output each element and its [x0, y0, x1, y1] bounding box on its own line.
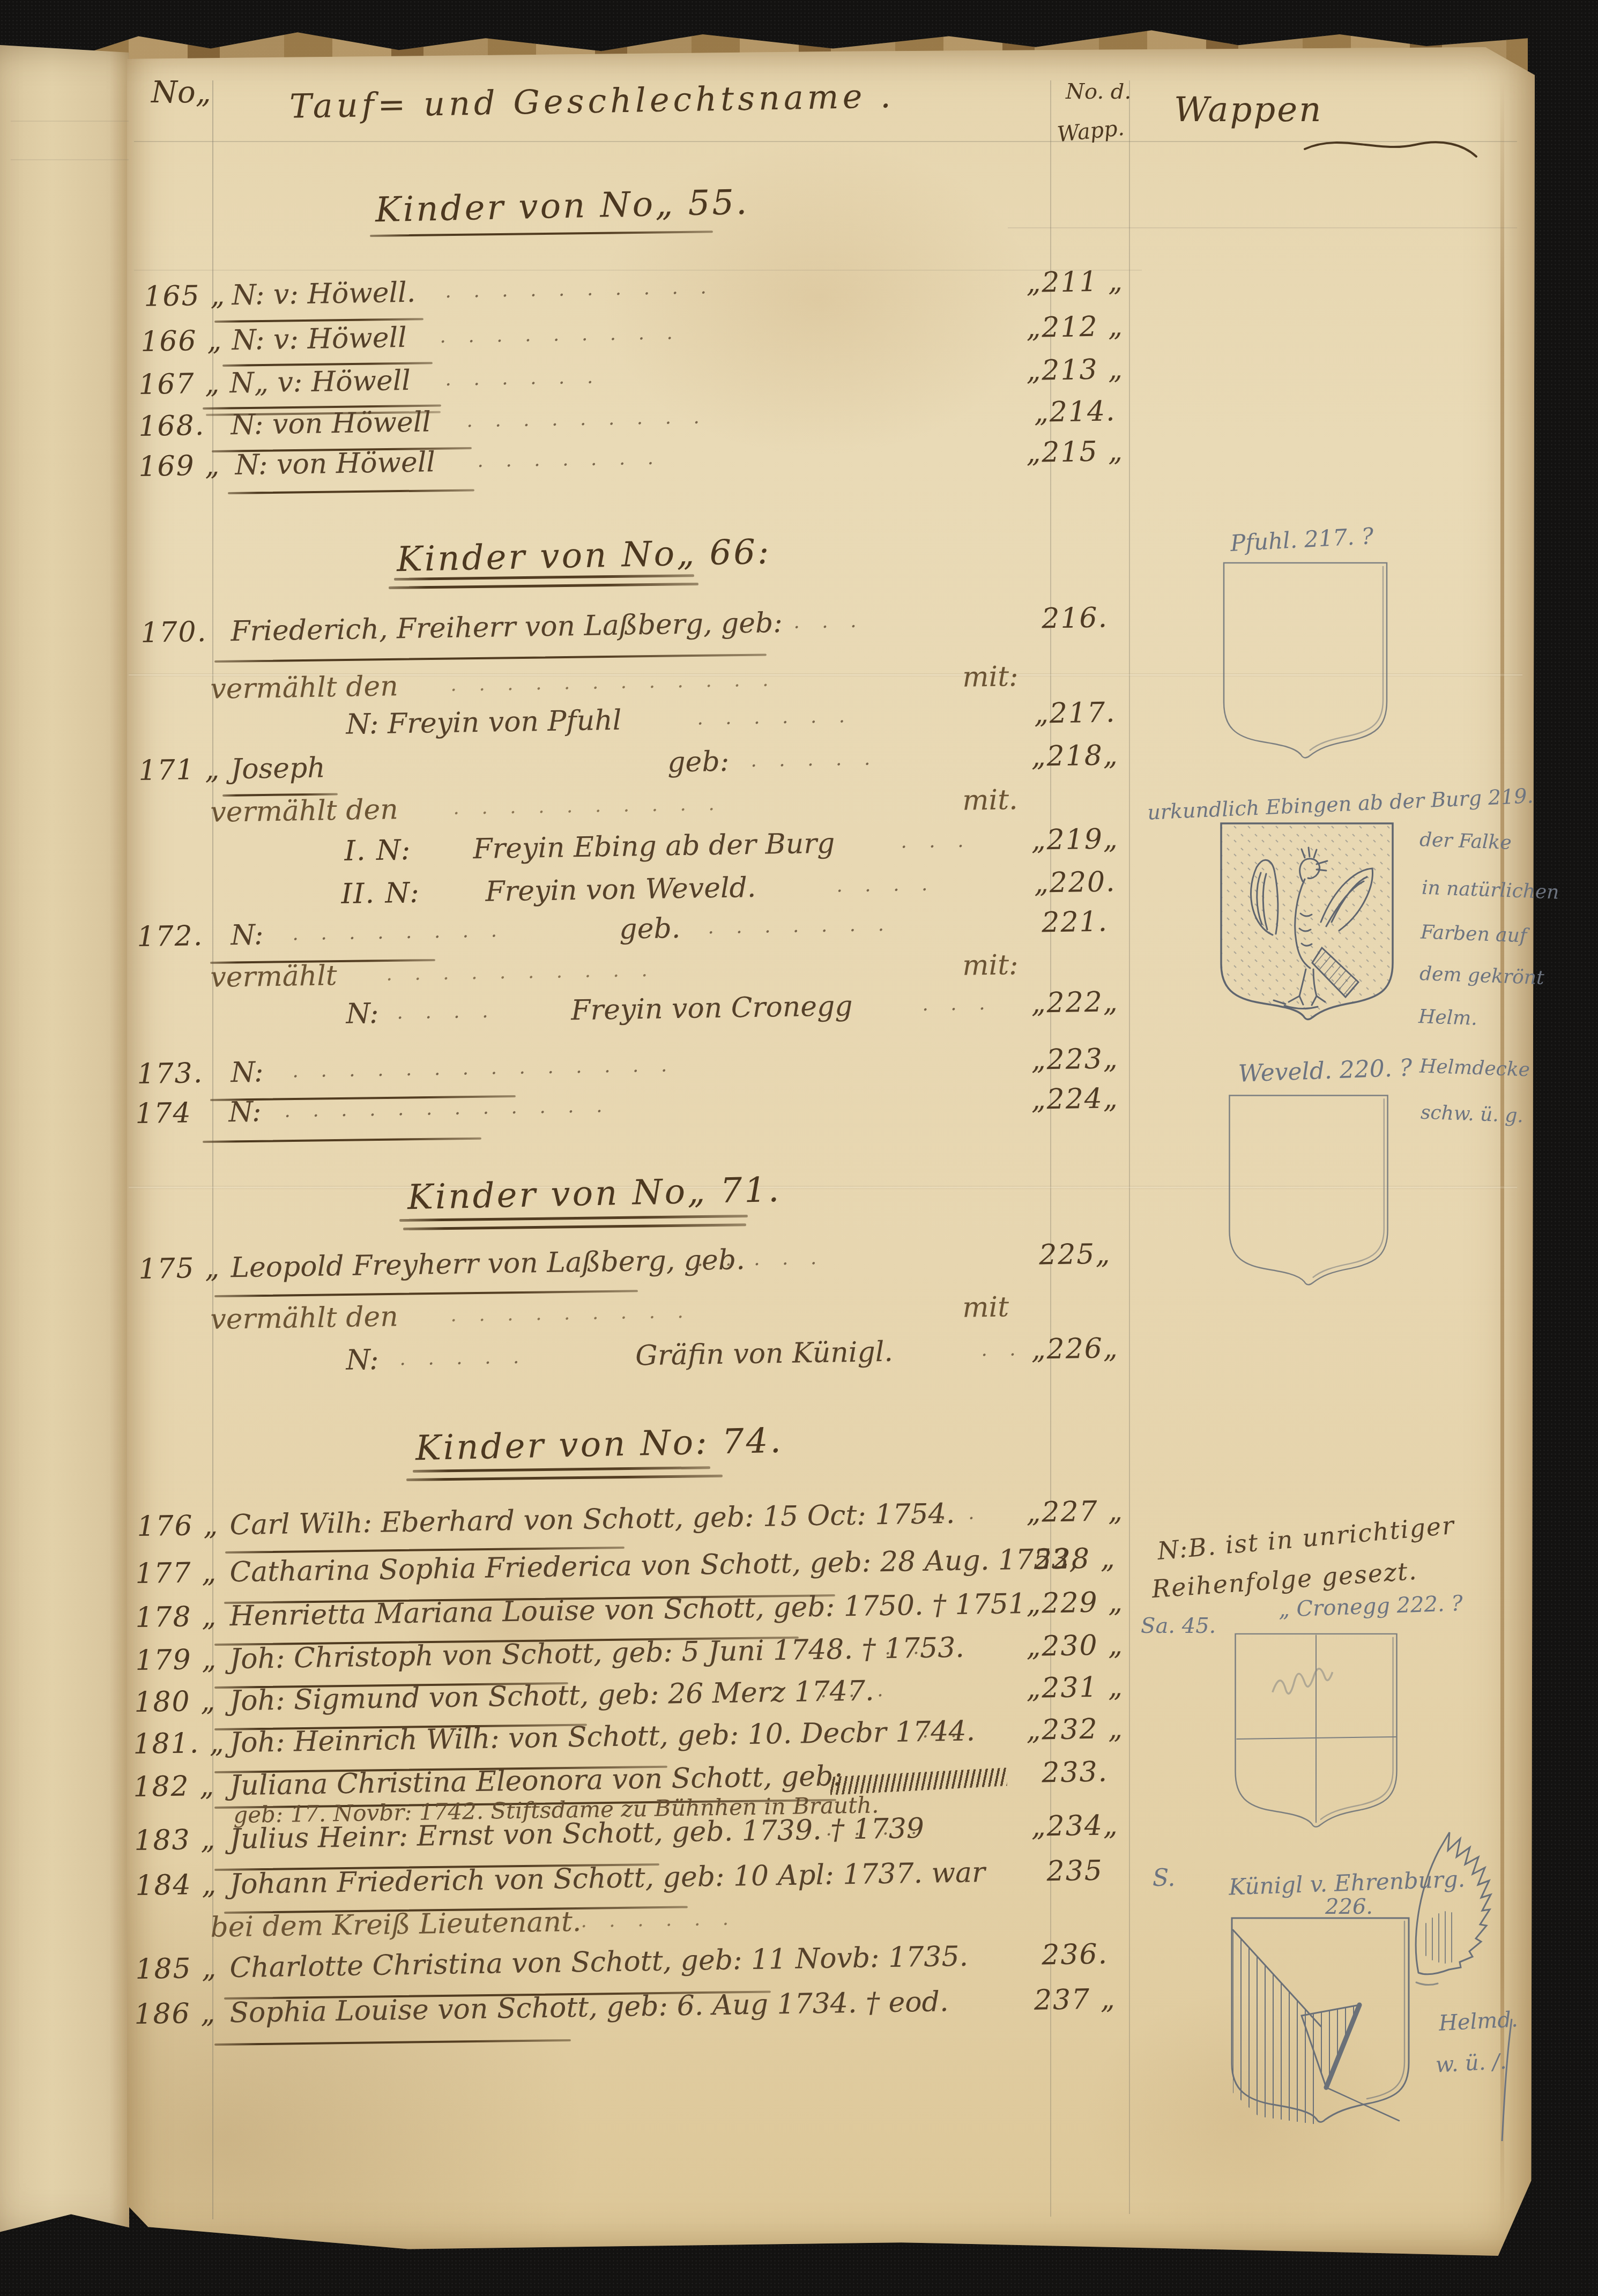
dot-leader: . . . . . . . . . . [445, 276, 715, 302]
dot-leader: . . . . . . . [477, 447, 662, 472]
row-wappen-number: „214. [1008, 395, 1142, 429]
dot-leader: . . . . . . [445, 366, 601, 390]
row-wappen-number: 225„ [1008, 1238, 1142, 1272]
row-wappen-number: „232 „ [1008, 1713, 1142, 1747]
wing-sketch [1400, 1827, 1507, 1993]
row-wappen-number: „217. [1008, 696, 1142, 731]
row-number: 185 „ [135, 1952, 218, 1986]
sa-note: Sa. 45. [1141, 1614, 1216, 1638]
row-number: 177 „ [135, 1557, 218, 1590]
row-name: N: [231, 919, 264, 952]
dot-leader: . . [885, 1637, 927, 1659]
row-wappen-number: 235 [1008, 1854, 1142, 1889]
falcon-note-line: Helmdecke [1419, 1055, 1530, 1081]
row-wappen-number: 237 „ [1008, 1983, 1142, 2017]
row-number: 179 „ [135, 1644, 218, 1677]
row-wappen-number: „223„ [1008, 1043, 1142, 1077]
row-number: 165 „ [144, 279, 226, 313]
dot-leader: . . . . . . . [708, 913, 892, 938]
mit-label: mit: [962, 949, 1019, 982]
row-number: 182 „ [133, 1770, 215, 1803]
dot-leader: . . . [901, 830, 972, 853]
row-number: 176 „ [137, 1510, 219, 1543]
weveld-shield-sketch [1220, 1086, 1398, 1302]
dot-leader: . . . [922, 992, 993, 1015]
falcon-note-line: der Falke [1419, 830, 1512, 853]
dot-leader: . . . . . [750, 747, 879, 771]
row-name: N: von Höwell [235, 446, 436, 481]
row-name: N: v: Höwell. [232, 277, 416, 311]
header-rule-2 [1008, 227, 1517, 228]
row-wappen-number: 221. [1008, 905, 1142, 940]
row-ordinal: II. N: [341, 877, 420, 910]
dot-leader: . . . . . [399, 1346, 527, 1370]
spouse-name: Gräfin von Künigl. [635, 1336, 893, 1372]
marriage-label: vermählt den [210, 1301, 398, 1335]
row-wappen-number: „220. [1008, 866, 1142, 900]
row-name: N: v: Höwell [232, 322, 407, 356]
row-wappen-number: 228 „ [1008, 1542, 1142, 1577]
row-number: 183 „ [134, 1824, 217, 1857]
falcon-note-line: Farben auf [1420, 922, 1527, 947]
left-leaf-rule-1 [11, 121, 129, 122]
row-number: 173. [137, 1057, 204, 1090]
left-leaf-rule-2 [11, 159, 129, 160]
row-name: N: Freyin von Pfuhl [346, 704, 622, 741]
marriage-label: vermählt den [210, 793, 398, 828]
section-heading-71: Kinder von No„ 71. [407, 1170, 782, 1218]
row-wappen-number: „227 „ [1008, 1495, 1142, 1529]
section-heading-66: Kinder von No„ 66: [396, 532, 771, 580]
row-wappen-number: „229 „ [1008, 1586, 1142, 1621]
row-ordinal: I. N: [344, 834, 412, 867]
row-wappen-number: „219„ [1008, 823, 1142, 857]
row-wappen-number: 216. [1008, 601, 1142, 636]
dot-leader: . . . . . . . . . . [453, 793, 723, 819]
falcon-note-line: dem gekrönt [1419, 963, 1544, 989]
row-name: Freyin Ebing ab der Burg [473, 828, 835, 866]
dot-leader: . . . . . . . . . . [386, 959, 656, 985]
section-heading-55: Kinder von No„ 55. [375, 183, 749, 231]
s-margin-note: S. [1153, 1864, 1176, 1892]
dot-leader: . . . . . . . . . [450, 1301, 692, 1326]
wappen-flourish [1303, 129, 1480, 166]
row-name: Joseph [231, 752, 325, 785]
ledger-rule [134, 270, 1142, 271]
dot-leader: . . . . . . . . . [440, 322, 681, 347]
row-wappen-number: „231 „ [1008, 1671, 1142, 1705]
column-header-wappen: Wappen [1174, 90, 1322, 130]
dot-leader: . . . . . . [697, 705, 853, 730]
row-name: N: von Höwell [231, 406, 432, 441]
dot-leader: . . . . . . . . . [466, 406, 708, 432]
row-number: 175 „ [138, 1252, 221, 1286]
mit-label: mit. [962, 784, 1018, 817]
mit-label: mit: [962, 660, 1019, 694]
dot-leader: . . . [911, 1502, 983, 1525]
falcon-note-line: Helm. [1418, 1006, 1477, 1030]
section-heading-74: Kinder von No: 74. [415, 1421, 783, 1468]
row-number: 168. [138, 410, 205, 443]
marriage-label: vermählt [210, 960, 337, 994]
falcon-note-line: schw. ü. g. [1420, 1102, 1523, 1127]
row-number: 166 „ [140, 324, 223, 358]
row-number: 181. „ [133, 1727, 225, 1760]
dot-leader: . . . [793, 610, 865, 633]
spouse-name: Freyin von Cronegg [571, 990, 853, 1027]
row-name: N: [346, 998, 379, 1030]
row-number: 167 „ [138, 368, 221, 401]
row-wappen-number: „230 „ [1008, 1629, 1142, 1663]
dot-leader: . . . [820, 1679, 891, 1702]
row-number: 171 „ [138, 754, 221, 787]
occupation-note: bei dem Kreiß Lieutenant. [210, 1906, 582, 1944]
row-number: 172. [137, 920, 204, 953]
row-number: 169 „ [138, 450, 221, 483]
geb-label: geb: [667, 746, 730, 779]
row-wappen-number: „218„ [1008, 739, 1142, 774]
dot-leader: . . . . [836, 873, 936, 897]
row-wappen-number: „215 „ [1008, 435, 1142, 470]
geb-label: geb. [619, 912, 681, 946]
row-wappen-number: 233. [1008, 1756, 1142, 1790]
dot-leader: . . . . . . . [552, 1907, 737, 1932]
pfuhl-shield-sketch [1214, 556, 1398, 772]
row-name: N: [231, 1056, 264, 1089]
row-wappen-number: „224„ [1008, 1082, 1142, 1117]
row-wappen-number: „226„ [1008, 1332, 1142, 1366]
mit-label: mit [962, 1291, 1009, 1324]
row-name: Freyin von Weveld. [485, 872, 756, 908]
dot-leader: . . . . [826, 1817, 925, 1840]
dot-leader: . . . . [397, 1000, 496, 1023]
helm-note-stroke [1496, 2016, 1517, 2144]
row-wappen-number: „212 „ [1008, 310, 1142, 345]
row-wappen-number: „211 „ [1008, 265, 1142, 300]
kuenigl-shield-sketch [1221, 1911, 1421, 2137]
scanned-register-page: No„ Tauf= und Geschlechtsname . No. d. W… [0, 0, 1598, 2296]
row-wappen-number: „222„ [1008, 986, 1142, 1020]
row-name: N„ v: Höwell [229, 365, 411, 399]
row-number: 174 [135, 1097, 192, 1130]
dot-leader: . . [922, 1720, 965, 1742]
cronegg-shield-sketch [1222, 1628, 1411, 1841]
marriage-label: vermählt den [210, 670, 398, 705]
ebing-falcon-shield-sketch [1210, 817, 1404, 1034]
row-name: N: [346, 1344, 379, 1377]
previous-leaf-edge [0, 45, 129, 2245]
column-header-wapp-no-1: No. d. [1066, 79, 1131, 104]
row-number: 178 „ [135, 1601, 218, 1634]
row-name: N: [228, 1096, 262, 1128]
dot-leader: . . . . . [697, 1247, 825, 1271]
column-header-no: No„ [151, 75, 211, 110]
row-number: 186 „ [134, 1997, 217, 2031]
row-number: 180 „ [134, 1685, 217, 1719]
row-wappen-number: 236. [1008, 1938, 1142, 1972]
row-number: 170. [140, 616, 207, 649]
dot-leader: . . . . . . . . [292, 919, 505, 945]
row-wappen-number: „234„ [1008, 1809, 1142, 1844]
row-number: 184 „ [135, 1869, 218, 1902]
row-wappen-number: „213 „ [1008, 353, 1142, 388]
